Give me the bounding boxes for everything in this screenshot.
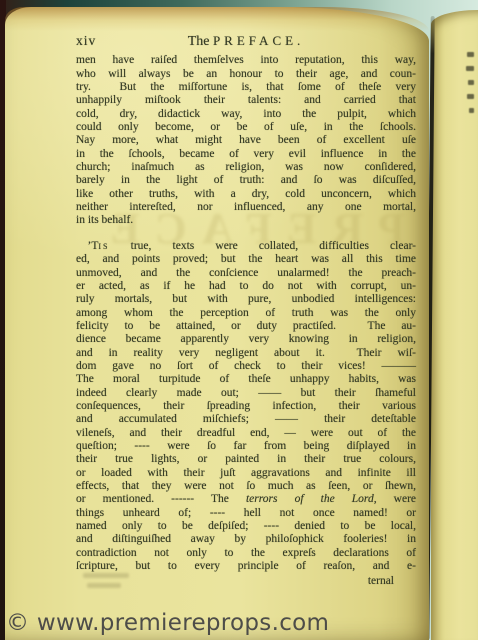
- page-number: xiv: [76, 34, 120, 47]
- watermark: © www.premiereprops.com: [6, 610, 329, 636]
- catchword: ternal: [368, 575, 394, 587]
- facing-page-text-fragment: [469, 108, 474, 113]
- page-title-caps: PREFACE.: [213, 33, 304, 48]
- facing-page: [431, 10, 478, 640]
- page-title-the: The: [188, 34, 210, 49]
- paragraph-1: men have raiſed themſelves into reputati…: [76, 54, 416, 227]
- page-text: xiv The PREFACE. men have raiſed themſel…: [76, 34, 416, 589]
- paragraph-2: ’Tis true, texts were collated, difficul…: [76, 240, 416, 574]
- book-page: PREFACE xiv The PREFACE. men have raiſed…: [5, 7, 429, 640]
- book-photo: PREFACE xiv The PREFACE. men have raiſed…: [0, 0, 478, 640]
- facing-page-text-fragment: [466, 66, 474, 71]
- running-header: xiv The PREFACE.: [76, 34, 416, 48]
- facing-page-text-fragment: [467, 94, 474, 99]
- facing-page-text-fragment: [467, 52, 474, 57]
- catchword-row: ternal: [76, 575, 416, 588]
- facing-page-text-fragment: [468, 80, 474, 85]
- page-title: The PREFACE.: [120, 34, 372, 48]
